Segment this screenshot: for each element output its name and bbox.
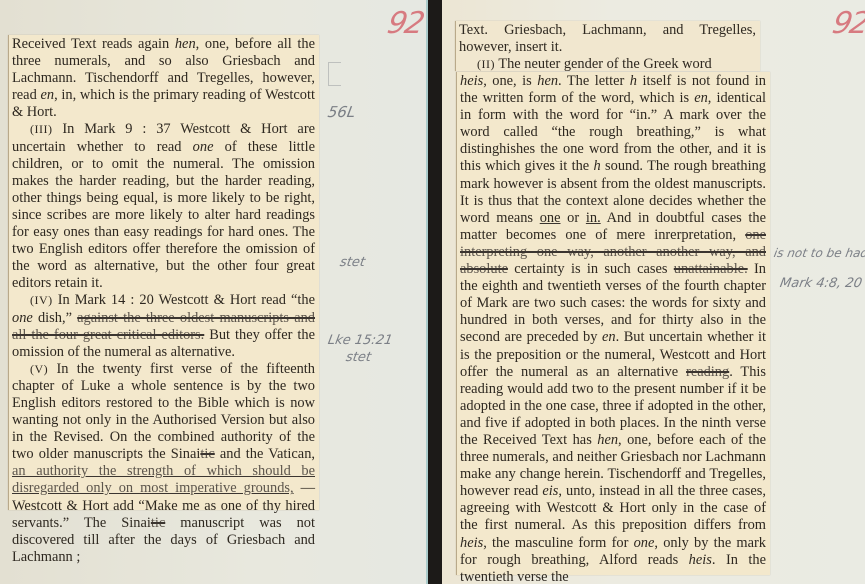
left-newspaper-clipping: Received Text reads again hen, one, befo… [8,35,319,510]
margin-note: 56L [326,103,357,121]
pencil-bracket-mark [328,62,341,86]
section-number: (II) [477,57,495,71]
struck-text: reading [686,364,729,380]
paragraph-iii: (III) In Mark 9 : 37 Westcott & Hort are… [12,121,315,292]
margin-note: Lke 15:21 [327,333,394,348]
paragraph-ii: (II) The neuter gender of the Greek word [459,56,756,73]
paragraph-iv: (IV) In Mark 14 : 20 Westcott & Hort rea… [12,292,315,360]
section-number: (IV) [30,293,53,307]
struck-text: tic [151,515,165,531]
right-newspaper-clipping: heis, one, is hen. The letter h itself i… [456,72,770,575]
right-top-clipping: Text. Griesbach, Lachmann, and Tregelles… [455,21,760,71]
struck-text: an authority the strength of which shoul… [12,463,315,496]
margin-note: stet [339,255,367,270]
margin-note: stet [345,350,373,365]
paragraph: heis, one, is hen. The letter h itself i… [460,73,766,584]
underlined-word: in. [586,210,601,226]
paragraph-v: (V) In the twenty first verse of the fif… [12,361,315,566]
paragraph: Received Text reads again hen, one, befo… [12,36,315,121]
greek-word: en [40,87,54,103]
page-number-right: 92 [829,6,865,41]
margin-note: is not to be had [773,246,865,260]
struck-text: unattainable. [674,261,748,277]
underlined-word: one [540,210,561,226]
book-gutter [428,0,442,584]
section-number: (III) [30,122,52,136]
section-number: (V) [30,362,48,376]
greek-word: hen [175,36,196,52]
struck-text: tic [200,446,214,462]
margin-note: Mark 4:8, 20 [779,276,864,291]
